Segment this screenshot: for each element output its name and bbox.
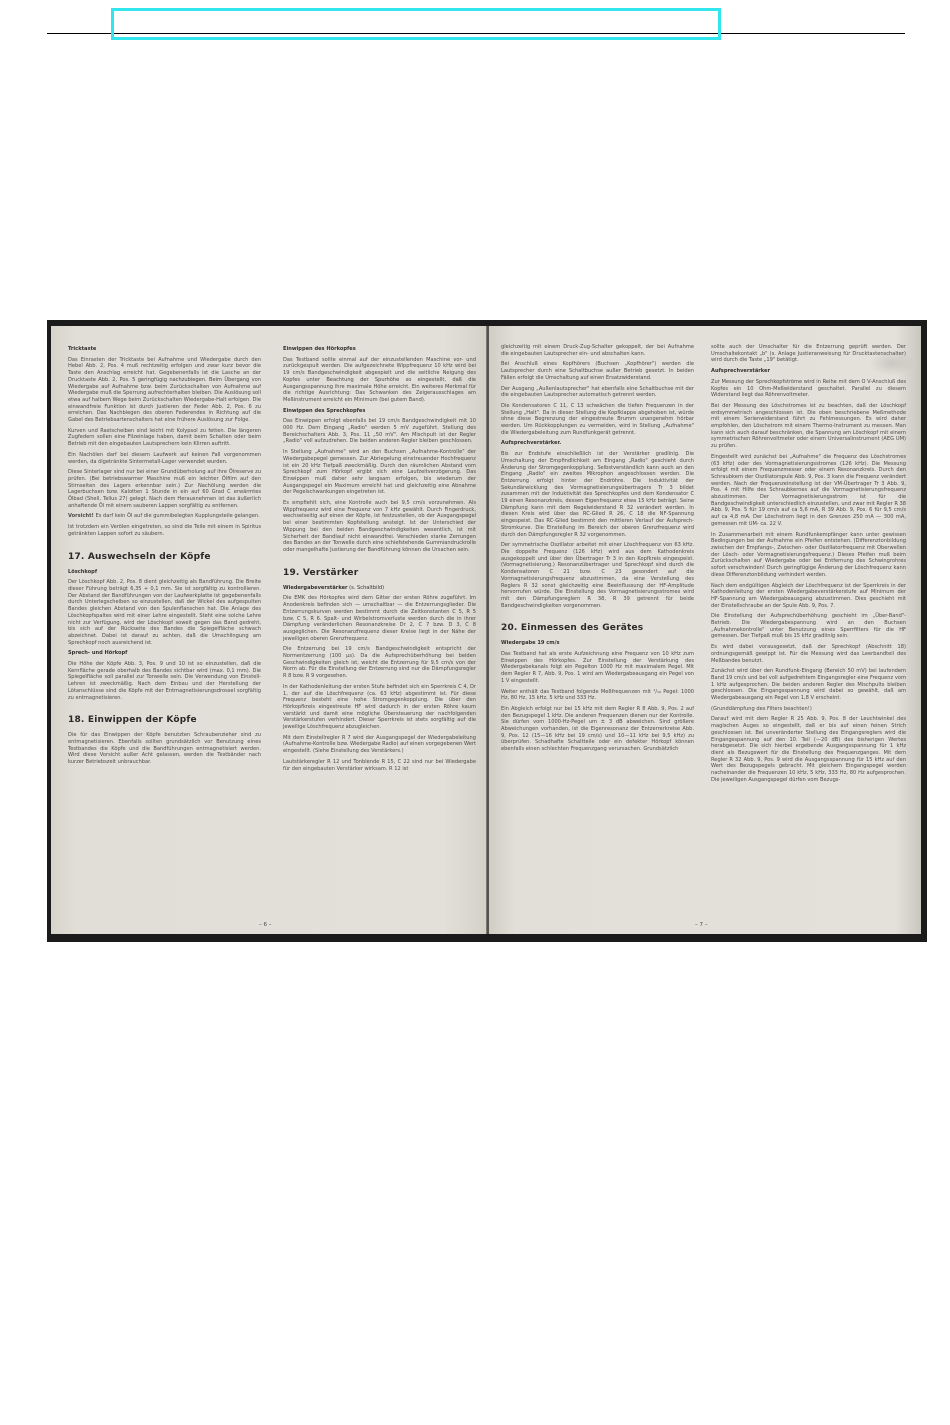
paragraph: Zunächst wird über den Rundfunk-Eingang … <box>711 668 906 702</box>
paragraph: Kurven und Rastscheiben sind leicht mit … <box>68 428 261 448</box>
paragraph: Die für das Einwippen der Köpfe benutzte… <box>68 732 261 766</box>
subheading-loeschkopf: Löschkopf <box>68 569 261 576</box>
paragraph: Bis zur Endstufe einschließlich ist der … <box>501 451 694 538</box>
subheading-aufsprechverstaerker-2: Aufsprechverstärker <box>711 368 906 375</box>
subheading-text: Wiedergabeverstärker <box>283 585 348 591</box>
paragraph: sollte auch der Umschalter für die Entze… <box>711 344 906 364</box>
paragraph-warning: Vorsicht! Es darf kein Öl auf die gummib… <box>68 513 261 520</box>
paragraph: Das Testband hat als erste Aufzeichnung … <box>501 651 694 685</box>
paragraph: Das Einrasten der Tricktaste bei Aufnahm… <box>68 357 261 424</box>
paragraph: Das Einwippen erfolgt ebenfalls bei 19 c… <box>283 418 476 445</box>
page-number-left: – 6 – <box>259 922 272 928</box>
paragraph: Die Kondensatoren C 11, C 13 schwächen d… <box>501 403 694 437</box>
paragraph: Zur Messung der Sprechkopfströme wird in… <box>711 379 906 399</box>
paragraph: Die Entzerrung bei 19 cm/s Bandgeschwind… <box>283 646 476 680</box>
paragraph: In Zusammenarbeit mit einem Rundfunkempf… <box>711 532 906 579</box>
paragraph: Bei Anschluß eines Kopfhörers (Buchsen „… <box>501 361 694 381</box>
section-heading-17: 17. Auswechseln der Köpfe <box>68 552 261 563</box>
paragraph: Die Einstellung der Aufsprechüberhöhung … <box>711 613 906 640</box>
section-heading-19: 19. Verstärker <box>283 568 476 579</box>
paragraph: Nach dem endgültigen Abgleich der Löschf… <box>711 583 906 610</box>
subheading-wiedergabe-19: Wiedergabe 19 cm/s <box>501 640 694 647</box>
subheading-wiedergabeverstaerker: Wiedergabeverstärker (s. Schaltbild) <box>283 585 476 592</box>
paragraph: In Stellung „Aufnahme" wird an den Buchs… <box>283 449 476 496</box>
paragraph: Das Testband sollte einmal auf der einzu… <box>283 357 476 404</box>
page-right: gleichzeitig mit einem Druck-Zug-Schalte… <box>489 326 921 934</box>
subheading-hoerkopf: Einwippen des Hörkopfes <box>283 346 476 353</box>
subheading-tricktaste: Tricktaste <box>68 346 261 353</box>
column-right-1: gleichzeitig mit einem Druck-Zug-Schalte… <box>501 344 694 757</box>
subheading-sprechkopf: Einwippen des Sprechkopfes <box>283 408 476 415</box>
paragraph: Eingestellt wird zunächst bei „Aufnahme"… <box>711 454 906 528</box>
subheading-note: (s. Schaltbild) <box>348 585 385 591</box>
column-right-2: sollte auch der Umschalter für die Entze… <box>711 344 906 787</box>
paragraph-note: (Grunddämpfung des Filters beachten!) <box>711 706 906 713</box>
paragraph: Es empfiehlt sich, eine Kontrolle auch b… <box>283 500 476 554</box>
paragraph: Ein Abgleich erfolgt nur bei 15 kHz mit … <box>501 706 694 753</box>
paragraph: Der Löschkopf Abb. 2, Pos. 8 dient gleic… <box>68 579 261 646</box>
page-number-right: – 7 – <box>695 922 708 928</box>
column-left-2: Einwippen des Hörkopfes Das Testband sol… <box>283 344 476 776</box>
paragraph: Die EMK des Hörkopfes wird dem Gitter de… <box>283 595 476 642</box>
paragraph: Diese Sinterlager sind nur bei einer Gru… <box>68 469 261 509</box>
paragraph: Der symmetrische Oszillator arbeitet mit… <box>501 542 694 609</box>
warning-text: Es darf kein Öl auf die gummibelegten Ku… <box>94 513 260 519</box>
section-heading-20: 20. Einmessen des Gerätes <box>501 623 694 634</box>
paragraph: Die Höhe der Köpfe Abb. 3, Pos. 9 und 10… <box>68 661 261 701</box>
paragraph: Ist trotzdem ein Verölen eingetreten, so… <box>68 524 261 537</box>
paragraph: gleichzeitig mit einem Druck-Zug-Schalte… <box>501 344 694 357</box>
section-heading-18: 18. Einwippen der Köpfe <box>68 715 261 726</box>
highlight-box <box>111 8 721 40</box>
paragraph: Lautstärkeregler R 12 und Tonblende R 15… <box>283 759 476 772</box>
paragraph: Ein Nachölen darf bei diesem Laufwerk au… <box>68 452 261 465</box>
paragraph: Darauf wird mit dem Regler R 25 Abb. 9, … <box>711 716 906 783</box>
scanned-spread: Tricktaste Das Einrasten der Tricktaste … <box>47 320 927 942</box>
paragraph: Weiter enthält das Testband folgende Meß… <box>501 689 694 702</box>
paragraph: Es wird dabei vorausgesetzt, daß der Spr… <box>711 644 906 664</box>
paragraph: In der Kathodenleitung der ersten Stufe … <box>283 684 476 731</box>
warning-label: Vorsicht! <box>68 513 94 519</box>
subheading-sprech-hoerkopf: Sprech- und Hörkopf <box>68 650 261 657</box>
subheading-aufsprechverstaerker: Aufsprechverstärker. <box>501 440 694 447</box>
paragraph: Mit dem Einstellregler R 7 wird der Ausg… <box>283 735 476 755</box>
paragraph: Der Ausgang „Außenlautsprecher" hat eben… <box>501 386 694 399</box>
column-left-1: Tricktaste Das Einrasten der Tricktaste … <box>68 344 261 770</box>
page-left: Tricktaste Das Einrasten der Tricktaste … <box>51 326 487 934</box>
paragraph: Bei der Messung des Löschstromes ist zu … <box>711 403 906 450</box>
